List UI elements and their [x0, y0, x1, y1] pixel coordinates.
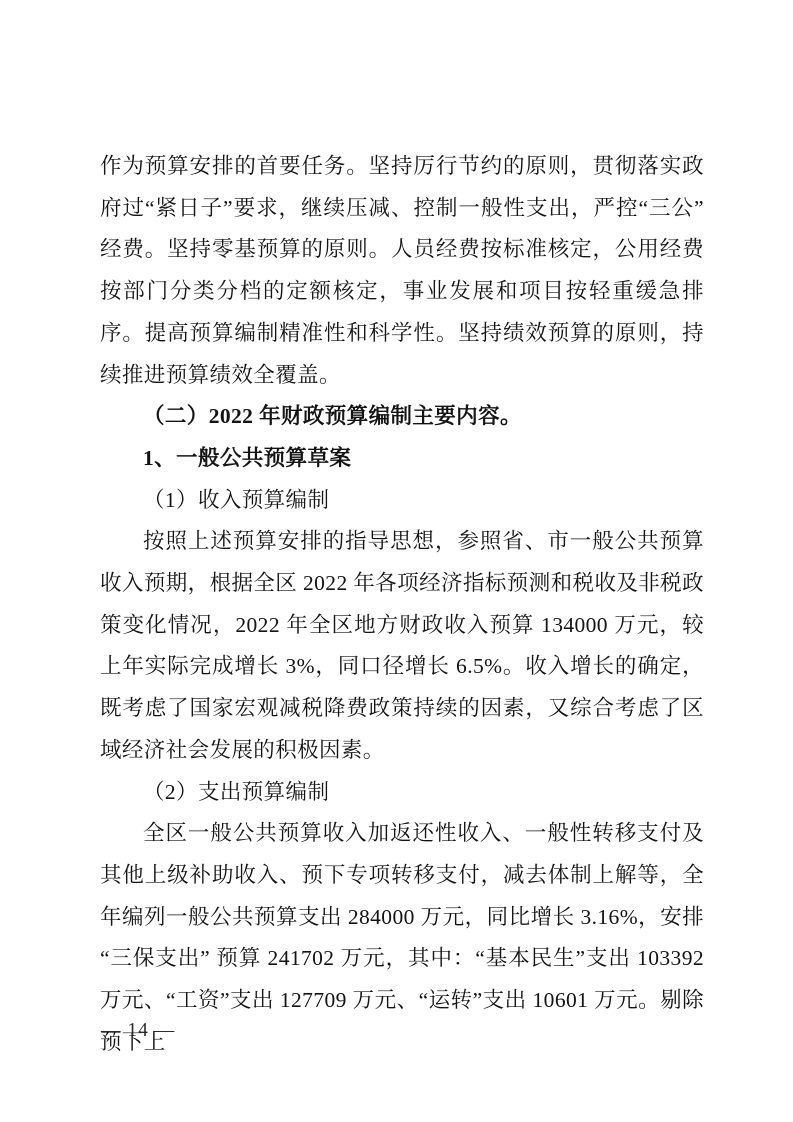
document-page: 作为预算安排的首要任务。坚持厉行节约的原则，贯彻落实政府过“紧日子”要求，继续压… [0, 0, 793, 1122]
page-number: — 14 — [101, 1020, 175, 1041]
section-heading: 1、一般公共预算草案 [100, 438, 704, 480]
sub-section-heading: （2）支出预算编制 [100, 772, 704, 814]
sub-section-heading: （1）收入预算编制 [100, 480, 704, 522]
paragraph: 全区一般公共预算收入加返还性收入、一般性转移支付及其他上级补助收入、预下专项转移… [100, 813, 704, 1063]
page-footer: — 14 — [101, 1016, 175, 1046]
section-heading: （二）2022 年财政预算编制主要内容。 [100, 396, 704, 438]
paragraph-continued: 作为预算安排的首要任务。坚持厉行节约的原则，贯彻落实政府过“紧日子”要求，继续压… [100, 146, 704, 396]
document-body: 作为预算安排的首要任务。坚持厉行节约的原则，贯彻落实政府过“紧日子”要求，继续压… [100, 146, 704, 1063]
paragraph: 按照上述预算安排的指导思想，参照省、市一般公共预算收入预期，根据全区 2022 … [100, 521, 704, 771]
